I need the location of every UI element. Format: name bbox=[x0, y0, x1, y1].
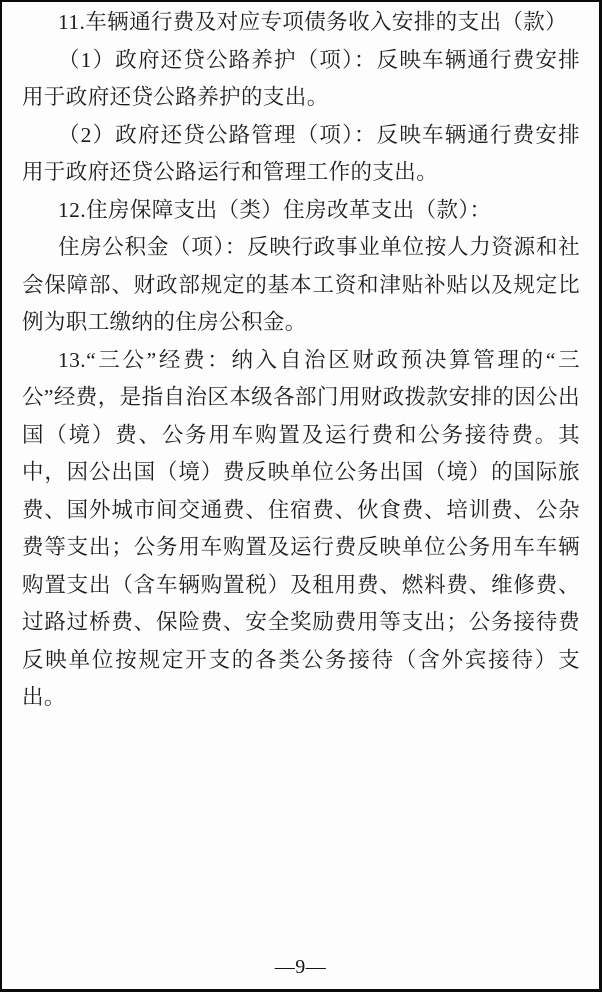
page-footer: —9— bbox=[2, 956, 599, 979]
paragraph-11-1-road-maintenance: （1）政府还贷公路养护（项）：反映车辆通行费安排用于政府还贷公路养护的支出。 bbox=[22, 42, 580, 117]
paragraph-12-housing-fund: 住房公积金（项）：反映行政事业单位按人力资源和社会保障部、财政部规定的基本工资和… bbox=[22, 229, 580, 342]
paragraph-13-three-public-expenses: 13.“三公”经费：纳入自治区财政预决算管理的“三公”经费，是指自治区本级各部门… bbox=[22, 342, 580, 717]
document-page: 11.车辆通行费及对应专项债务收入安排的支出（款） （1）政府还贷公路养护（项）… bbox=[0, 0, 602, 992]
page-number: —9— bbox=[275, 956, 327, 978]
paragraph-11-2-road-management: （2）政府还贷公路管理（项）：反映车辆通行费安排用于政府还贷公路运行和管理工作的… bbox=[22, 117, 580, 192]
paragraph-11-toll-expenditure: 11.车辆通行费及对应专项债务收入安排的支出（款） bbox=[22, 4, 580, 42]
paragraph-12-housing-security: 12.住房保障支出（类）住房改革支出（款）： bbox=[22, 192, 580, 230]
document-body: 11.车辆通行费及对应专项债务收入安排的支出（款） （1）政府还贷公路养护（项）… bbox=[2, 2, 599, 717]
